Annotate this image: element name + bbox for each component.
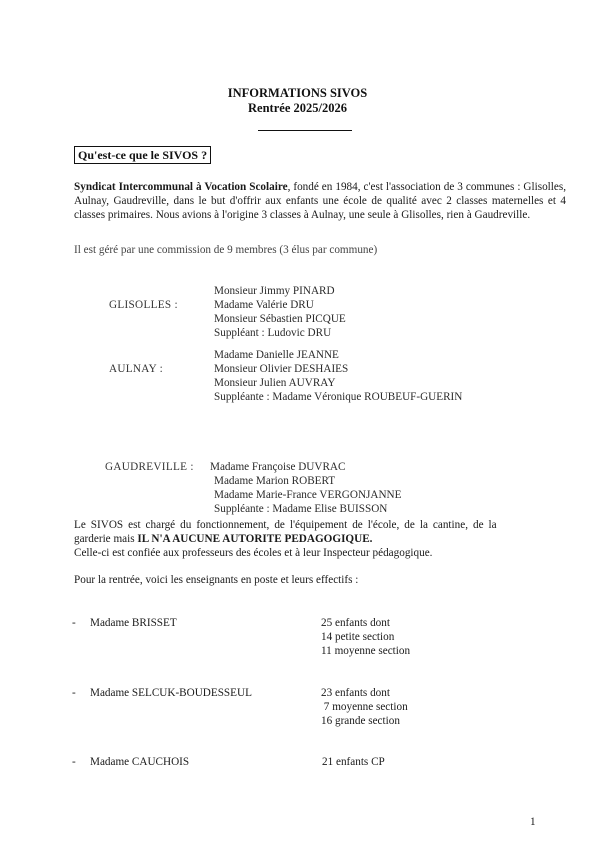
section-heading: Qu'est-ce que le SIVOS ? xyxy=(74,146,211,164)
teachers-intro: Pour la rentrée, voici les enseignants e… xyxy=(74,573,358,587)
member-substitute: Suppléant : Ludovic DRU xyxy=(214,326,331,340)
list-bullet: - xyxy=(72,686,76,700)
member-substitute: Suppléante : Madame Véronique ROUBEUF-GU… xyxy=(214,390,462,404)
member: Madame Danielle JEANNE xyxy=(214,348,339,362)
teacher-detail: 21 enfants CP xyxy=(322,755,385,769)
role-line-2: garderie mais IL N'A AUCUNE AUTORITE PED… xyxy=(74,532,372,546)
page-number: 1 xyxy=(530,815,536,829)
commune-label-glisolles: GLISOLLES : xyxy=(109,298,178,312)
commune-label-aulnay: AULNAY : xyxy=(109,362,163,376)
member: Madame Françoise DUVRAC xyxy=(210,460,345,474)
no-authority-notice: IL N'A AUCUNE AUTORITE PEDAGOGIQUE. xyxy=(137,533,372,545)
intro-bold-lead: Syndicat Intercommunal à Vocation Scolai… xyxy=(74,181,288,193)
member: Monsieur Sébastien PICQUE xyxy=(214,312,346,326)
member: Monsieur Jimmy PINARD xyxy=(214,284,335,298)
member: Madame Valérie DRU xyxy=(214,298,314,312)
document-subtitle: Rentrée 2025/2026 xyxy=(0,101,595,116)
title-underline xyxy=(258,130,352,131)
teacher-detail: 23 enfants dont xyxy=(321,686,390,700)
document-title: INFORMATIONS SIVOS xyxy=(0,86,595,101)
member: Monsieur Julien AUVRAY xyxy=(214,376,335,390)
role-line-3: Celle-ci est confiée aux professeurs des… xyxy=(74,546,432,560)
teacher-detail: 14 petite section xyxy=(321,630,394,644)
role-line-1: Le SIVOS est chargé du fonctionnement, d… xyxy=(74,518,497,532)
teacher-detail: 25 enfants dont xyxy=(321,616,390,630)
commission-text: Il est géré par une commission de 9 memb… xyxy=(74,243,377,257)
teacher-detail: 16 grande section xyxy=(321,714,400,728)
intro-paragraph: Syndicat Intercommunal à Vocation Scolai… xyxy=(74,180,566,222)
teacher-name: Madame BRISSET xyxy=(90,616,177,630)
member: Monsieur Olivier DESHAIES xyxy=(214,362,348,376)
member: Madame Marion ROBERT xyxy=(214,474,335,488)
teacher-name: Madame CAUCHOIS xyxy=(90,755,189,769)
teacher-name: Madame SELCUK-BOUDESSEUL xyxy=(90,686,252,700)
commune-label-gaudreville: GAUDREVILLE : xyxy=(105,460,194,474)
teacher-detail: 11 moyenne section xyxy=(321,644,410,658)
list-bullet: - xyxy=(72,616,76,630)
list-bullet: - xyxy=(72,755,76,769)
teacher-detail: 7 moyenne section xyxy=(321,700,408,714)
member: Madame Marie-France VERGONJANNE xyxy=(214,488,401,502)
role-line-2-start: garderie mais xyxy=(74,533,137,545)
member-substitute: Suppléante : Madame Elise BUISSON xyxy=(214,502,387,516)
